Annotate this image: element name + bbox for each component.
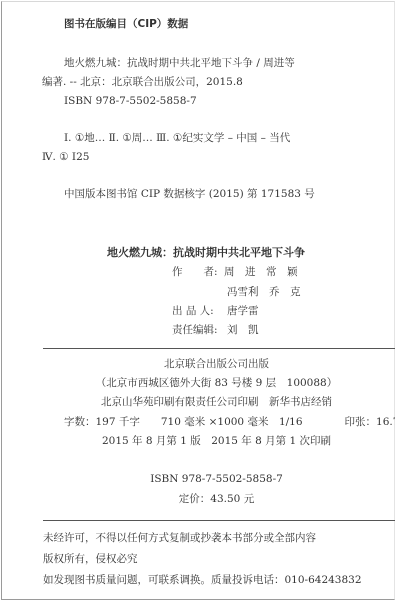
publication-isbn: ISBN 978-7-5502-5858-7: [0, 473, 395, 486]
editor-label: 责任编辑:: [172, 324, 218, 337]
divider-top: [43, 348, 395, 349]
divider-bottom: [43, 520, 395, 521]
publisher: 北京联合出版公司出版: [0, 358, 395, 371]
price: 定价：43.50 元: [0, 493, 395, 506]
cip-heading: 图书在版编目（CIP）数据: [64, 18, 188, 31]
book-title: 地火燃九城：抗战时期中共北平地下斗争: [107, 246, 305, 259]
copy-notice: 未经许可，不得以任何方式复制或抄袭本书部分或全部内容: [43, 532, 316, 545]
cip-entry-line2: 编著. -- 北京：北京联合出版公司，2015.8: [42, 76, 243, 89]
editor-name: 刘 凯: [227, 324, 259, 337]
printer: 北京山华苑印刷有限责任公司印刷 新华书店经销: [0, 396, 395, 409]
cip-entry-line1: 地火燃九城：抗战时期中共北平地下斗争 / 周进等: [64, 57, 295, 70]
specs: 字数：197 千字 710 毫米 ×1000 毫米 1/16 印张：16.75: [64, 416, 395, 429]
quality-notice: 如发现图书质量问题，可联系调换。质量投诉电话：010-64243832: [43, 574, 362, 587]
cip-subject-line2: Ⅳ. ① I25: [42, 151, 89, 164]
producer-name: 唐学雷: [227, 305, 259, 318]
rights-notice: 版权所有，侵权必究: [43, 553, 138, 566]
page-frame: [1, 1, 395, 600]
producer-label: 出 品 人:: [172, 305, 214, 318]
cip-isbn: ISBN 978-7-5502-5858-7: [64, 95, 197, 108]
cip-record-number: 中国版本图书馆 CIP 数据核字 (2015) 第 171583 号: [64, 188, 315, 201]
publisher-address: （北京市西城区德外大街 83 号楼 9 层 100088）: [0, 377, 395, 390]
authors-line2: 冯雪利 乔 克: [227, 286, 301, 299]
cip-subject-line1: Ⅰ. ①地… Ⅱ. ①周… Ⅲ. ①纪实文学 – 中国 – 当代: [64, 132, 290, 145]
author-label: 作 者:: [172, 266, 218, 279]
edition: 2015 年 8 月第 1 版 2015 年 8 月第 1 次印刷: [0, 435, 395, 448]
authors-line1: 周 进 常 颖: [224, 266, 298, 279]
